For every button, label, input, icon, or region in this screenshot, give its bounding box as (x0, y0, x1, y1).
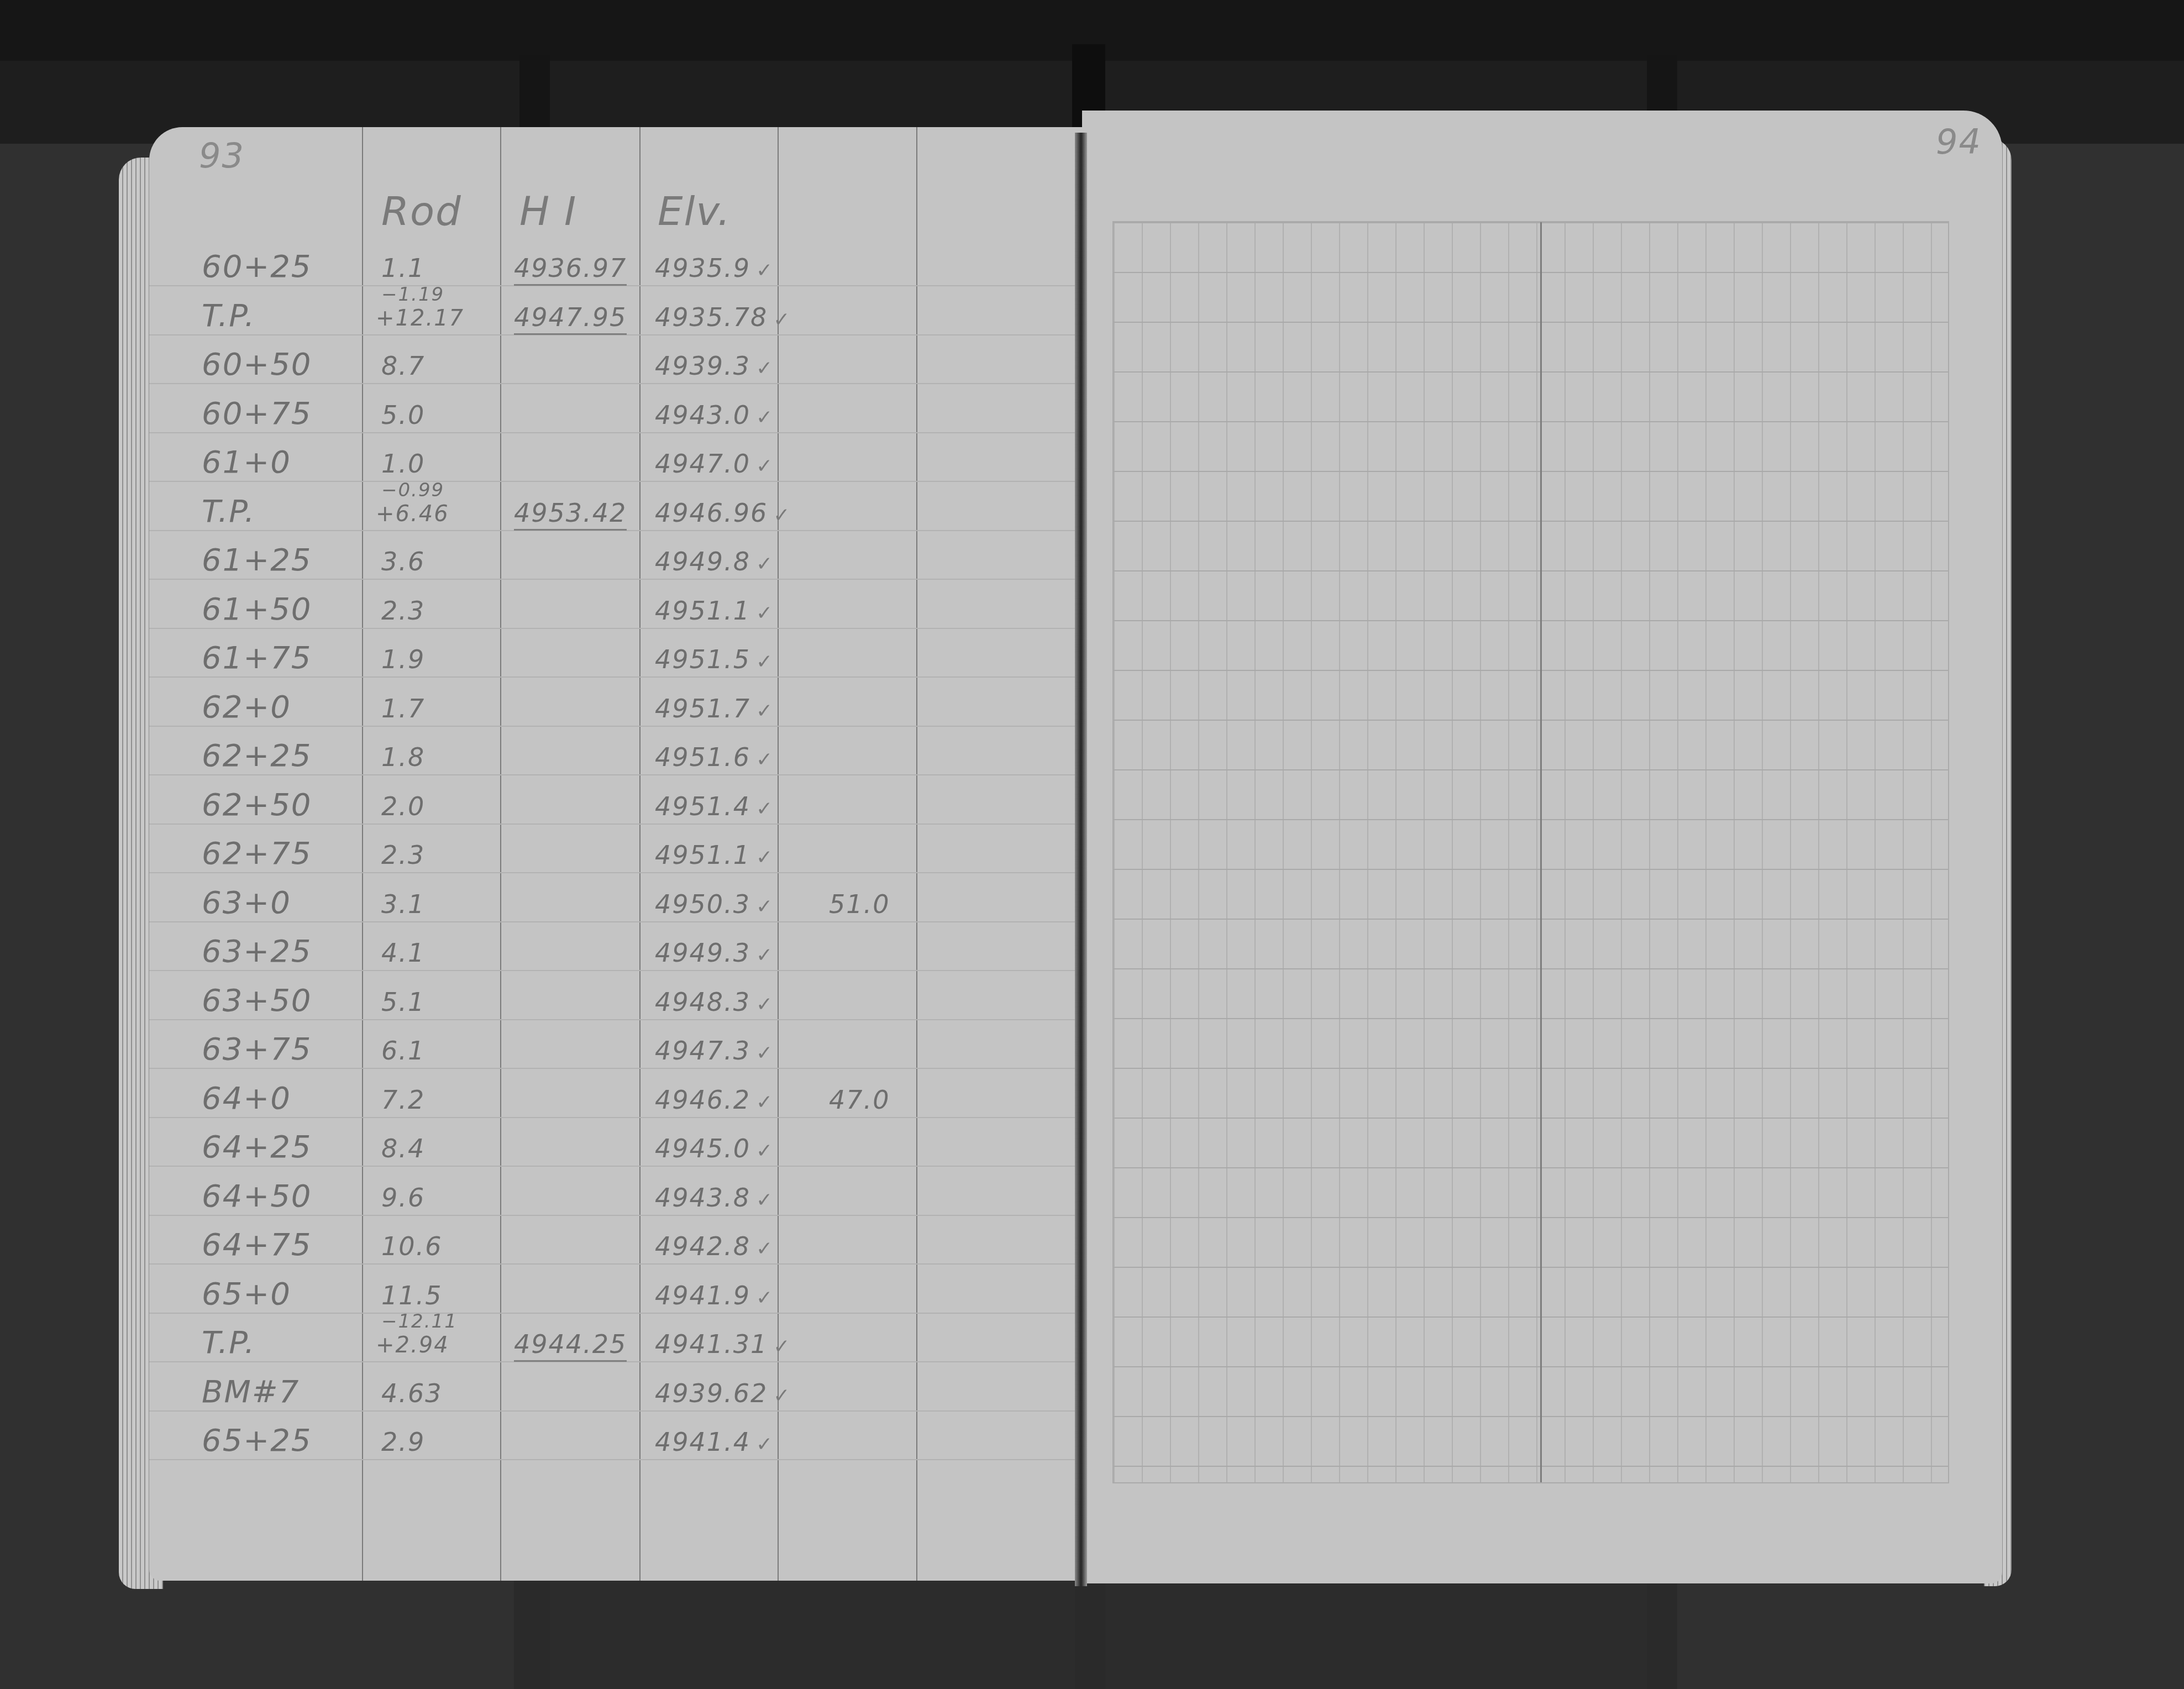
rod-cell: 6.1 (381, 1036, 425, 1066)
rod-cell: 1.8 (381, 742, 425, 772)
elv-cell: 4951.7✓ (655, 694, 774, 723)
rod-cell: 11.5 (381, 1281, 442, 1310)
elv-cell: 4951.5✓ (655, 644, 774, 674)
check-mark-icon: ✓ (756, 1042, 774, 1064)
station-cell: 65+25 (202, 1423, 312, 1459)
table-row: 60+25 1.1 4936.97 4935.9✓ (149, 238, 1083, 287)
check-mark-icon: ✓ (756, 553, 774, 575)
hi-cell: 4936.97 (514, 253, 627, 286)
elv-cell: 4943.8✓ (655, 1183, 774, 1213)
check-mark-icon: ✓ (756, 1237, 774, 1260)
station-cell: 63+0 (202, 885, 291, 921)
station-cell: 61+75 (202, 640, 312, 676)
check-mark-icon: ✓ (756, 895, 774, 918)
rod-cell: 4.1 (381, 938, 425, 968)
check-mark-icon: ✓ (756, 700, 774, 722)
check-mark-icon: ✓ (756, 1091, 774, 1114)
check-mark-icon: ✓ (756, 406, 774, 429)
check-mark-icon: ✓ (773, 308, 791, 331)
elv-cell: 4951.1✓ (655, 840, 774, 870)
notebook-gutter (1075, 133, 1087, 1586)
elv-cell: 4935.78✓ (655, 302, 791, 332)
elv-cell: 4941.9✓ (655, 1281, 774, 1310)
rod-cell: 2.3 (381, 840, 425, 870)
table-row: 64+0 7.2 4946.2✓ 47.0 (149, 1069, 1083, 1119)
table-row: T.P. −12.11 +2.94 4944.25 4941.31✓ (149, 1314, 1083, 1363)
rod-plus-cell: +2.94 (376, 1333, 449, 1358)
elv-cell: 4949.3✓ (655, 938, 774, 968)
station-cell: 61+50 (202, 591, 312, 627)
center-rule (1540, 222, 1542, 1482)
table-row: 62+0 1.7 4951.7✓ (149, 678, 1083, 728)
rod-minus-cell: −0.99 (381, 479, 444, 501)
table-row: 62+25 1.8 4951.6✓ (149, 727, 1083, 777)
station-cell: 65+0 (202, 1276, 291, 1312)
rod-cell: 1.9 (381, 644, 425, 674)
rod-cell: 3.6 (381, 547, 425, 576)
check-mark-icon: ✓ (773, 504, 791, 527)
rod-minus-cell: −12.11 (381, 1310, 458, 1333)
rod-cell: 10.6 (381, 1231, 442, 1261)
rod-cell: 5.0 (381, 400, 425, 430)
column-header-elv: Elv. (658, 188, 731, 234)
notebook-page-right: 94 (1082, 111, 2002, 1583)
rod-cell: 8.4 (381, 1134, 425, 1163)
check-mark-icon: ✓ (756, 1140, 774, 1162)
rod-cell: 8.7 (381, 351, 425, 381)
elv-cell: 4942.8✓ (655, 1231, 774, 1261)
check-mark-icon: ✓ (756, 651, 774, 673)
station-cell: T.P. (202, 1325, 255, 1361)
rod-cell: 2.3 (381, 596, 425, 626)
station-cell: 64+75 (202, 1227, 312, 1263)
elv-cell: 4945.0✓ (655, 1134, 774, 1163)
elv-cell: 4935.9✓ (655, 253, 774, 283)
table-row: 60+50 8.7 4939.3✓ (149, 335, 1083, 385)
table-row: 61+75 1.9 4951.5✓ (149, 629, 1083, 679)
table-row: 65+25 2.9 4941.4✓ (149, 1412, 1083, 1461)
check-mark-icon: ✓ (756, 1189, 774, 1211)
check-mark-icon: ✓ (756, 993, 774, 1016)
rod-cell: 9.6 (381, 1183, 425, 1213)
table-row: 62+75 2.3 4951.1✓ (149, 825, 1083, 874)
notebook-page-left: 93 Rod H I Elv. 60+25 1.1 4936.97 4935.9… (149, 127, 1083, 1581)
station-cell: T.P. (202, 494, 255, 529)
rod-plus-cell: +6.46 (376, 501, 449, 527)
station-cell: 63+50 (202, 983, 312, 1019)
column-header-hi: H I (519, 188, 577, 234)
check-mark-icon: ✓ (773, 1335, 791, 1358)
station-cell: 60+25 (202, 249, 312, 285)
rod-plus-cell: +12.17 (376, 306, 464, 331)
table-row: 60+75 5.0 4943.0✓ (149, 385, 1083, 434)
check-mark-icon: ✓ (756, 1433, 774, 1456)
table-row: T.P. −0.99 +6.46 4953.42 4946.96✓ (149, 482, 1083, 532)
station-cell: 64+50 (202, 1178, 312, 1214)
station-cell: 61+0 (202, 444, 291, 480)
rod-cell: 1.1 (381, 253, 425, 283)
rod-cell: 2.0 (381, 791, 425, 821)
table-row: 64+25 8.4 4945.0✓ (149, 1118, 1083, 1168)
elv-cell: 4939.62✓ (655, 1378, 791, 1408)
rod-cell: 3.1 (381, 889, 425, 919)
check-mark-icon: ✓ (756, 357, 774, 380)
page-number: 94 (1936, 122, 1982, 162)
check-mark-icon: ✓ (756, 944, 774, 967)
elv-cell: 4951.6✓ (655, 742, 774, 772)
elv-cell: 4949.8✓ (655, 547, 774, 576)
station-cell: 62+75 (202, 836, 312, 872)
elv-cell: 4947.3✓ (655, 1036, 774, 1066)
station-cell: 60+50 (202, 347, 312, 382)
column-header-rod: Rod (381, 188, 462, 234)
rod-cell: 5.1 (381, 987, 425, 1017)
rod-cell: 1.0 (381, 449, 425, 479)
elv-cell: 4948.3✓ (655, 987, 774, 1017)
hi-cell: 4944.25 (514, 1329, 627, 1362)
rod-cell: 7.2 (381, 1085, 425, 1115)
table-row: 64+75 10.6 4942.8✓ (149, 1216, 1083, 1266)
page-number: 93 (199, 135, 245, 176)
check-mark-icon: ✓ (756, 602, 774, 625)
hi-cell: 4947.95 (514, 302, 627, 335)
table-row: 63+75 6.1 4947.3✓ (149, 1020, 1083, 1070)
elv-cell: 4943.0✓ (655, 400, 774, 430)
table-row: 62+50 2.0 4951.4✓ (149, 776, 1083, 826)
elv-cell: 4951.4✓ (655, 791, 774, 821)
rod-cell: 2.9 (381, 1427, 425, 1457)
table-row: 63+25 4.1 4949.3✓ (149, 922, 1083, 972)
note-cell: 51.0 (829, 889, 890, 919)
table-row: 61+25 3.6 4949.8✓ (149, 531, 1083, 581)
table-row: 61+50 2.3 4951.1✓ (149, 580, 1083, 630)
elv-cell: 4950.3✓ (655, 889, 774, 919)
station-cell: 62+0 (202, 689, 291, 725)
elv-cell: 4946.2✓ (655, 1085, 774, 1115)
station-cell: 62+25 (202, 738, 312, 774)
station-cell: 63+25 (202, 933, 312, 969)
check-mark-icon: ✓ (756, 455, 774, 478)
rod-cell: 4.63 (381, 1378, 442, 1408)
table-row: 65+0 11.5 4941.9✓ (149, 1265, 1083, 1315)
check-mark-icon: ✓ (756, 748, 774, 771)
table-row: 64+50 9.6 4943.8✓ (149, 1167, 1083, 1217)
station-cell: BM#7 (202, 1374, 300, 1410)
row-rule (149, 1459, 1083, 1460)
note-cell: 47.0 (829, 1085, 890, 1115)
check-mark-icon: ✓ (756, 798, 774, 820)
station-cell: 64+0 (202, 1080, 291, 1116)
station-cell: 63+75 (202, 1031, 312, 1067)
station-cell: T.P. (202, 298, 255, 334)
rod-minus-cell: −1.19 (381, 284, 444, 306)
elv-cell: 4941.31✓ (655, 1329, 791, 1359)
elv-cell: 4946.96✓ (655, 498, 791, 528)
table-row: BM#7 4.63 4939.62✓ (149, 1363, 1083, 1413)
rod-cell: 1.7 (381, 694, 425, 723)
check-mark-icon: ✓ (773, 1384, 791, 1407)
station-cell: 64+25 (202, 1129, 312, 1165)
graph-grid (1112, 221, 1949, 1483)
table-row: T.P. −1.19 +12.17 4947.95 4935.78✓ (149, 287, 1083, 337)
check-mark-icon: ✓ (756, 1287, 774, 1309)
table-row: 63+50 5.1 4948.3✓ (149, 972, 1083, 1021)
station-cell: 60+75 (202, 396, 312, 432)
station-cell: 62+50 (202, 787, 312, 823)
elv-cell: 4951.1✓ (655, 596, 774, 626)
station-cell: 61+25 (202, 542, 312, 578)
table-row: 61+0 1.0 4947.0✓ (149, 433, 1083, 483)
elv-cell: 4947.0✓ (655, 449, 774, 479)
check-mark-icon: ✓ (756, 259, 774, 282)
elv-cell: 4941.4✓ (655, 1427, 774, 1457)
hi-cell: 4953.42 (514, 498, 627, 531)
table-row: 63+0 3.1 4950.3✓ 51.0 (149, 874, 1083, 924)
elv-cell: 4939.3✓ (655, 351, 774, 381)
check-mark-icon: ✓ (756, 846, 774, 869)
